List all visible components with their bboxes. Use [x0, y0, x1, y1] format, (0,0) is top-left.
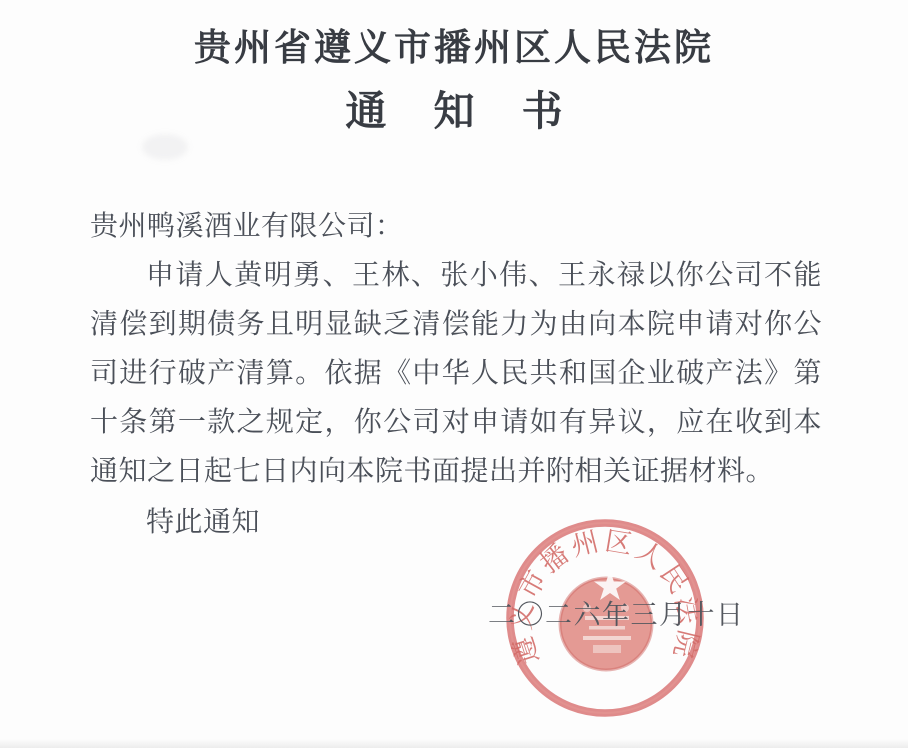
- salutation-line: 贵州鸭溪酒业有限公司：: [90, 202, 822, 251]
- notice-body: 贵州鸭溪酒业有限公司： 申请人黄明勇、王林、张小伟、王永禄以你公司不能清偿到期债…: [90, 202, 822, 547]
- date-line: 二〇二六年三月十日: [488, 593, 745, 632]
- body-paragraph: 申请人黄明勇、王林、张小伟、王永禄以你公司不能清偿到期债务且明显缺乏清偿能力为由…: [90, 251, 822, 496]
- document-title: 通知书: [0, 86, 908, 136]
- scan-edge: [0, 739, 908, 748]
- court-notice-page: 贵州省遵义市播州区人民法院 通知书 贵州鸭溪酒业有限公司： 申请人黄明勇、王林、…: [0, 0, 908, 748]
- court-name-heading: 贵州省遵义市播州区人民法院: [10, 26, 898, 72]
- closing-line: 特此通知: [90, 498, 822, 547]
- scan-artifact: [142, 134, 188, 160]
